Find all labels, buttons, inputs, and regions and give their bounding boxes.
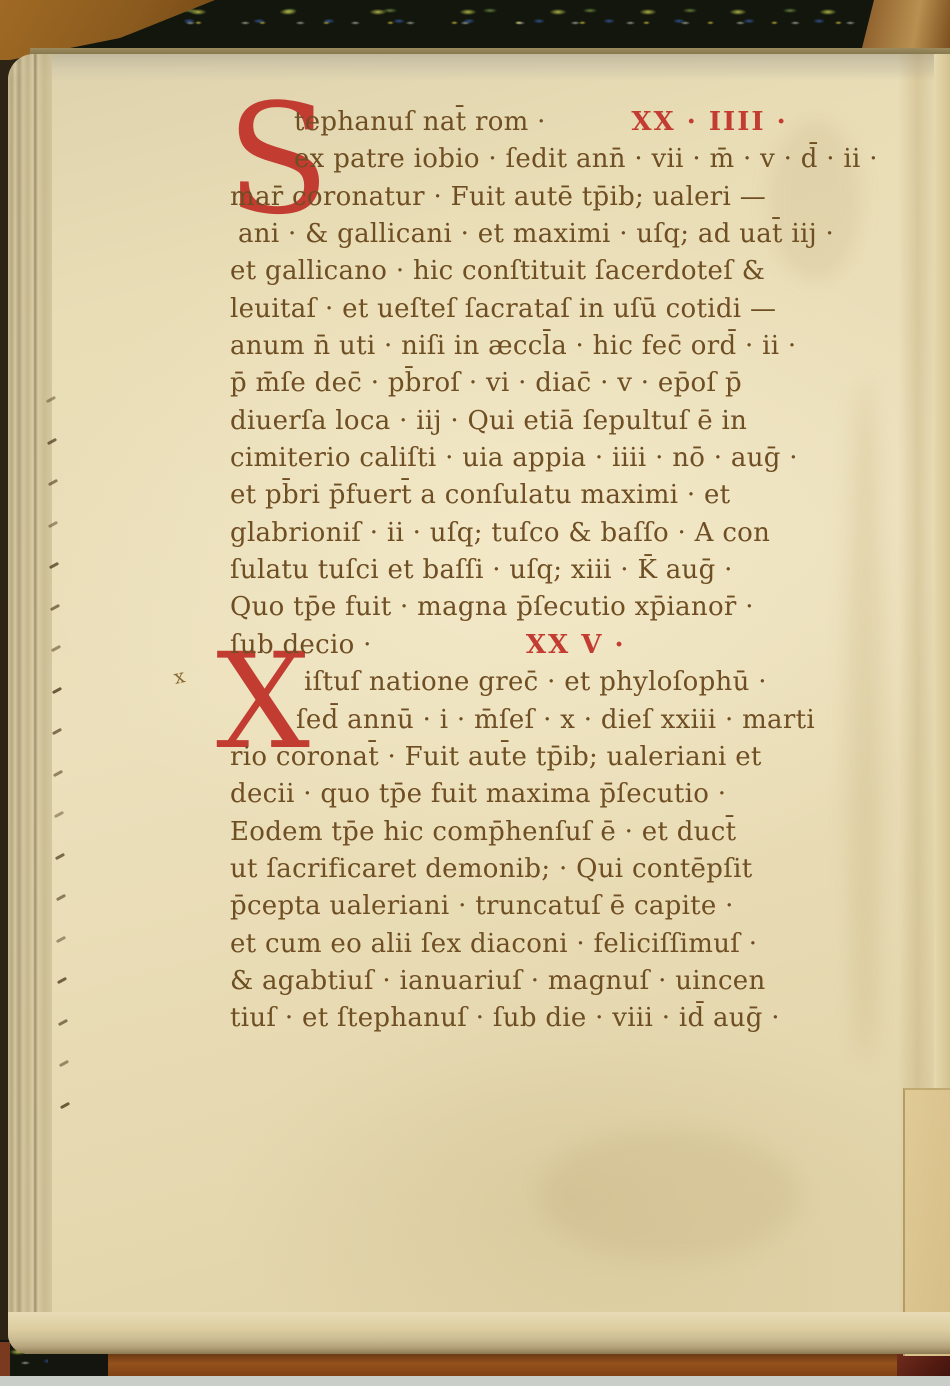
text-line: cimiterio caliſti · uia appia · iiii · n…: [230, 440, 890, 477]
text-segment: cimiterio caliſti · uia appia · iiii · n…: [230, 443, 798, 473]
text-line: ſed̄ annū · i · m̄ſeſ · x · dieſ xxiii ·…: [230, 702, 890, 739]
text-segment: XX · IIII ·: [631, 107, 787, 137]
text-segment: ſub decio ·: [230, 630, 526, 660]
text-line: p̄cepta ualeriani · truncatuſ ē capite ·: [230, 888, 890, 925]
text-segment: mar̄ coronatur · Fuit autē tp̄ib; ualeri…: [230, 182, 766, 212]
text-line: ani · & gallicani · et maximi · uſq; ad …: [230, 216, 890, 253]
text-segment: et gallicano · hic conſtituit ſacerdoteſ…: [230, 256, 765, 286]
text-segment: et pb̄ri p̄fuert̄ a conſulatu maximi · e…: [230, 480, 730, 510]
text-segment: ani · & gallicani · et maximi · uſq; ad …: [238, 219, 834, 249]
text-segment: Eodem tp̄e hic comp̄henſuſ ē · et duct̄: [230, 817, 736, 847]
text-line: anum n̄ uti · niſi in æccl̄a · hic fec̄ …: [230, 328, 890, 365]
text-segment: ut ſacrificaret demonib; · Qui contēpſit: [230, 854, 752, 884]
text-line: mar̄ coronatur · Fuit autē tp̄ib; ualeri…: [230, 179, 890, 216]
text-line: diuerſa loca · iij · Qui etiā ſepultuſ ē…: [230, 403, 890, 440]
manuscript-book-photo: S X x tephanuſ nat̄ rom · XX · IIII ·ex …: [0, 0, 950, 1386]
text-segment: iſtuſ natione grec̄ · et phyloſophū ·: [304, 667, 767, 697]
text-line: et pb̄ri p̄fuert̄ a conſulatu maximi · e…: [230, 477, 890, 514]
text-line: tiuſ · et ſtephanuſ · ſub die · viii · i…: [230, 1000, 890, 1037]
text-segment: p̄cepta ualeriani · truncatuſ ē capite ·: [230, 891, 734, 921]
text-segment: tephanuſ nat̄ rom ·: [294, 107, 631, 137]
text-line: p̄ m̄ſe dec̄ · pb̄roſ · vi · diac̄ · v ·…: [230, 365, 890, 402]
text-block: tephanuſ nat̄ rom · XX · IIII ·ex patre …: [230, 104, 890, 1038]
text-segment: et cum eo alii ſex diaconi · feliciſſimu…: [230, 929, 757, 959]
text-line: decii · quo tp̄e fuit maxima p̄ſecutio ·: [230, 776, 890, 813]
text-line: ſulatu tuſci et baſſi · uſq; xiii · K̄ a…: [230, 552, 890, 589]
text-segment: diuerſa loca · iij · Qui etiā ſepultuſ ē…: [230, 406, 747, 436]
text-segment: XX V ·: [526, 630, 626, 660]
text-line: et cum eo alii ſex diaconi · feliciſſimu…: [230, 926, 890, 963]
page-top-edge: [8, 54, 950, 80]
text-segment: & agabtiuſ · ianuariuſ · magnuſ · uincen: [230, 966, 766, 996]
text-segment: leuitaſ · et ueſteſ ſacrataſ in uſū coti…: [230, 294, 776, 324]
text-segment: ſed̄ annū · i · m̄ſeſ · x · dieſ xxiii ·…: [296, 705, 815, 735]
text-line: glabrioniſ · ii · uſq; tuſco & baſſo · A…: [230, 515, 890, 552]
table-surface-strip: [0, 1376, 950, 1386]
binding-gutter: [8, 54, 52, 1354]
text-segment: glabrioniſ · ii · uſq; tuſco & baſſo · A…: [230, 518, 770, 548]
text-line: ut ſacrificaret demonib; · Qui contēpſit: [230, 851, 890, 888]
text-line: rio coronat̄ · Fuit aut̄e tp̄ib; ualeria…: [230, 739, 890, 776]
text-segment: ex patre iobio · ſedit ann̄ · vii · m̄ ·…: [294, 144, 878, 174]
text-line: iſtuſ natione grec̄ · et phyloſophū ·: [230, 664, 890, 701]
page-bottom-curl: [8, 1312, 950, 1354]
text-line: tephanuſ nat̄ rom · XX · IIII ·: [230, 104, 890, 141]
text-line: & agabtiuſ · ianuariuſ · magnuſ · uincen: [230, 963, 890, 1000]
text-segment: Quo tp̄e fuit · magna p̄ſecutio xp̄ianor…: [230, 592, 754, 622]
text-segment: rio coronat̄ · Fuit aut̄e tp̄ib; ualeria…: [230, 742, 762, 772]
text-line: et gallicano · hic conſtituit ſacerdoteſ…: [230, 253, 890, 290]
text-segment: decii · quo tp̄e fuit maxima p̄ſecutio ·: [230, 779, 726, 809]
text-line: Quo tp̄e fuit · magna p̄ſecutio xp̄ianor…: [230, 589, 890, 626]
text-segment: anum n̄ uti · niſi in æccl̄a · hic fec̄ …: [230, 331, 797, 361]
text-segment: p̄ m̄ſe dec̄ · pb̄roſ · vi · diac̄ · v ·…: [230, 368, 742, 398]
text-line: leuitaſ · et ueſteſ ſacrataſ in uſū coti…: [230, 291, 890, 328]
text-line: Eodem tp̄e hic comp̄henſuſ ē · et duct̄: [230, 814, 890, 851]
text-line: ſub decio · XX V ·: [230, 627, 890, 664]
text-segment: tiuſ · et ſtephanuſ · ſub die · viii · i…: [230, 1003, 780, 1033]
text-line: ex patre iobio · ſedit ann̄ · vii · m̄ ·…: [230, 141, 890, 178]
text-segment: ſulatu tuſci et baſſi · uſq; xiii · K̄ a…: [230, 555, 733, 585]
